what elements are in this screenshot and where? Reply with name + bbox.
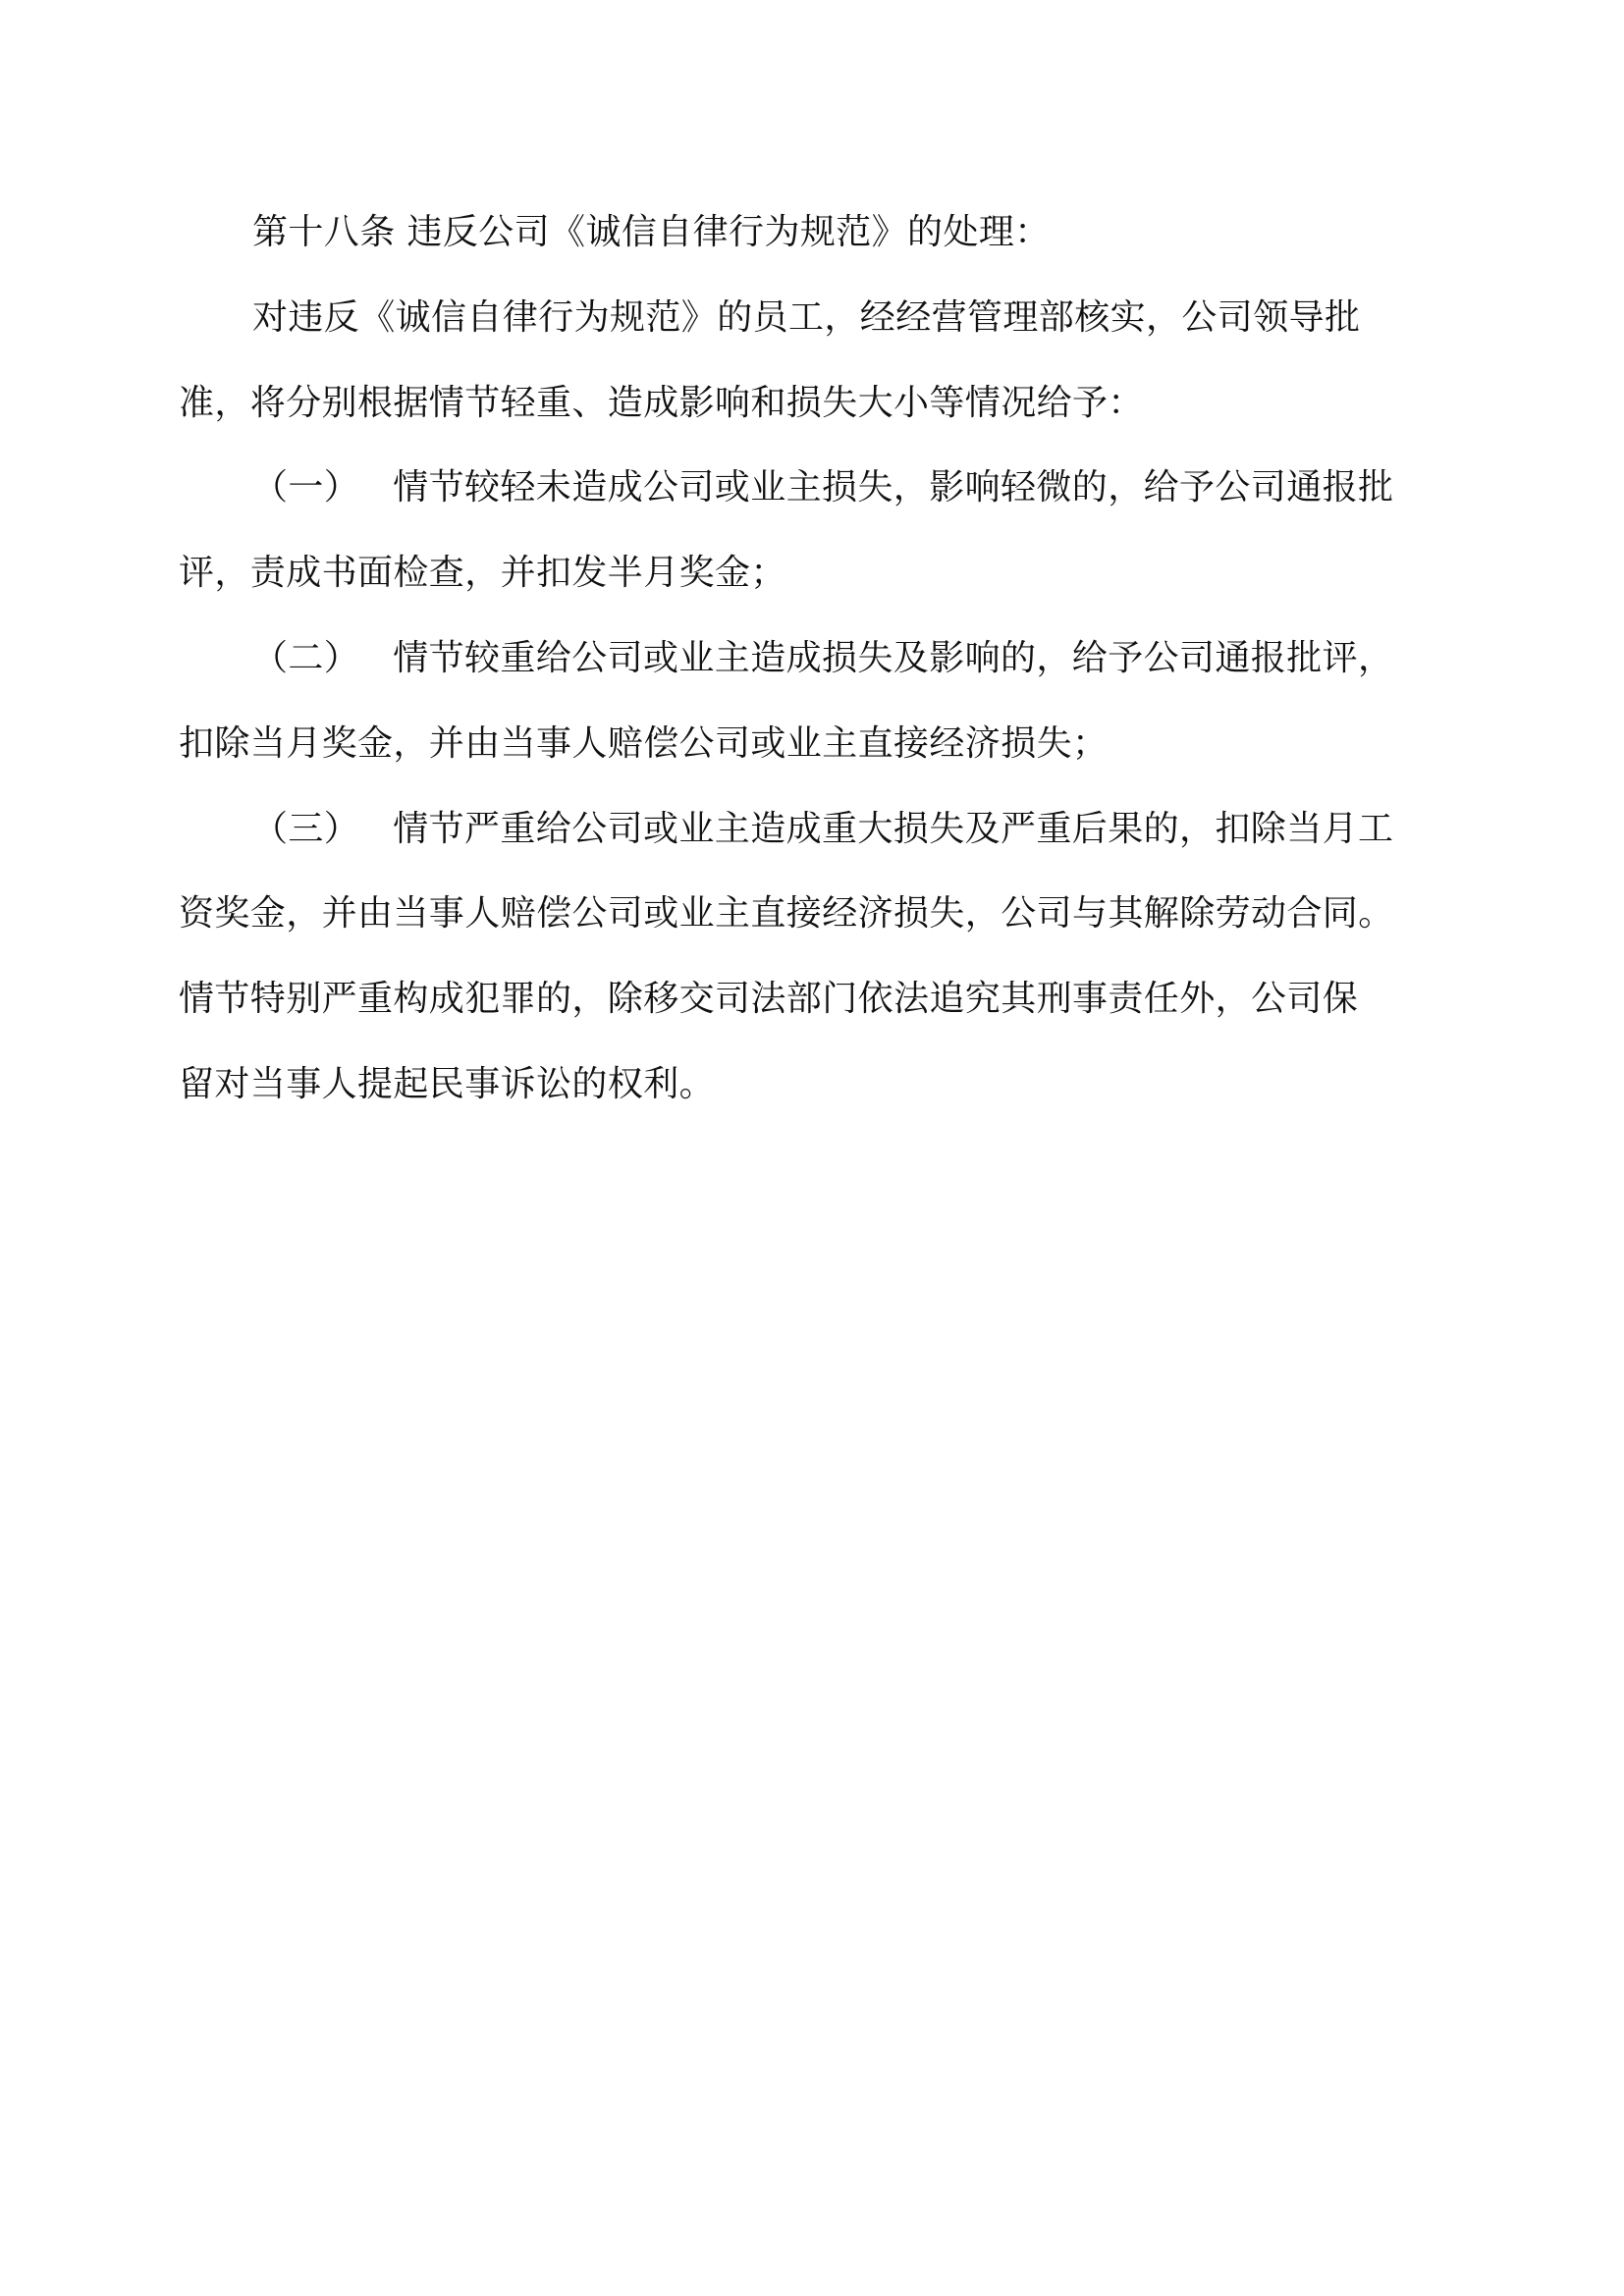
item-2-continuation: 扣除当月奖金，并由当事人赔偿公司或业主直接经济损失； (179, 702, 1451, 787)
item-2-text: 情节较重给公司或业主造成损失及影响的，给予公司通报批评， (393, 638, 1393, 678)
item-3-text: 情节严重给公司或业主造成重大损失及严重后果的，扣除当月工 (393, 809, 1393, 849)
item-3-continuation-3: 留对当事人提起民事诉讼的权利。 (179, 1042, 1451, 1128)
intro-line-1: 对违反《诚信自律行为规范》的员工，经经营管理部核实，公司领导批 (179, 276, 1451, 361)
item-3-continuation-1: 资奖金，并由当事人赔偿公司或业主直接经济损失，公司与其解除劳动合同。 (179, 872, 1451, 957)
document-page: 第十八条 违反公司《诚信自律行为规范》的处理： 对违反《诚信自律行为规范》的员工… (179, 190, 1451, 1128)
item-3-first-line: （三）情节严重给公司或业主造成重大损失及严重后果的，扣除当月工 (179, 787, 1451, 873)
item-1-continuation: 评，责成书面检查，并扣发半月奖金； (179, 531, 1451, 616)
item-1-text: 情节较轻未造成公司或业主损失，影响轻微的，给予公司通报批 (393, 467, 1393, 507)
item-1-first-line: （一）情节较轻未造成公司或业主损失，影响轻微的，给予公司通报批 (179, 446, 1451, 531)
item-2-label: （二） (252, 616, 359, 702)
item-2-first-line: （二）情节较重给公司或业主造成损失及影响的，给予公司通报批评， (179, 616, 1451, 702)
item-3-label: （三） (252, 787, 359, 873)
intro-line-2: 准，将分别根据情节轻重、造成影响和损失大小等情况给予： (179, 361, 1451, 447)
article-title: 第十八条 违反公司《诚信自律行为规范》的处理： (179, 190, 1451, 276)
item-1-label: （一） (252, 446, 359, 531)
item-3-continuation-2: 情节特别严重构成犯罪的，除移交司法部门依法追究其刑事责任外，公司保 (179, 957, 1451, 1042)
